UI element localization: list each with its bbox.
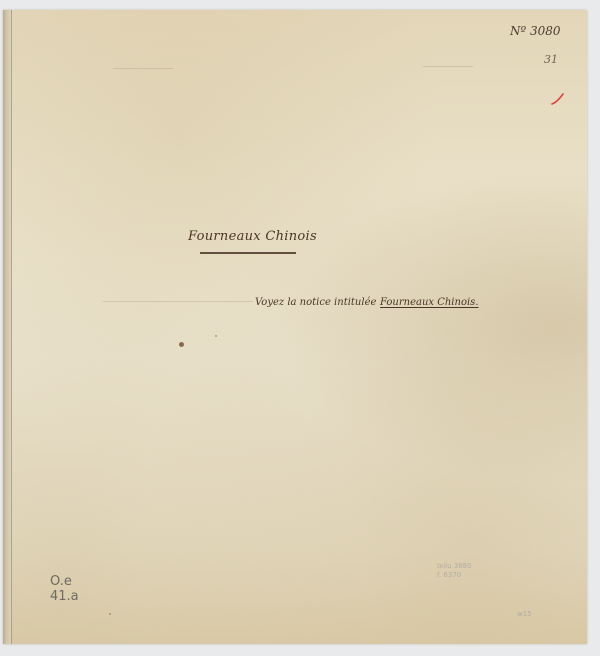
- scan-canvas: Nº 3080 31 Fourneaux Chinois Voyez la no…: [0, 0, 600, 656]
- ink-spot: [215, 335, 217, 337]
- manuscript-page: [3, 10, 587, 644]
- title-underline: [200, 252, 296, 254]
- pencil-annotation-line-2: f. 6370: [437, 571, 472, 580]
- call-number-line-1: O.e: [50, 574, 79, 589]
- paper-crease: [103, 301, 253, 302]
- note-text: Voyez la notice intitulée: [255, 297, 376, 308]
- shelfmark-number: Nº 3080: [510, 24, 561, 38]
- red-check-mark-icon: [551, 92, 565, 106]
- faint-mark: [113, 68, 173, 69]
- stamp-reference: w15: [517, 610, 532, 618]
- call-number: O.e 41.a: [50, 574, 79, 604]
- call-number-line-2: 41.a: [50, 589, 79, 604]
- folio-number: 31: [544, 53, 558, 66]
- note-reference: Fourneaux Chinois.: [380, 297, 478, 308]
- ink-spot: [109, 613, 111, 615]
- pencil-annotation-line-1: Ixilu 3880: [437, 562, 472, 571]
- binding-edge: [11, 10, 12, 644]
- ink-spot: [179, 342, 184, 347]
- faint-mark: [423, 66, 473, 67]
- page-title: Fourneaux Chinois: [188, 229, 317, 244]
- pencil-annotation: Ixilu 3880 f. 6370: [437, 562, 472, 580]
